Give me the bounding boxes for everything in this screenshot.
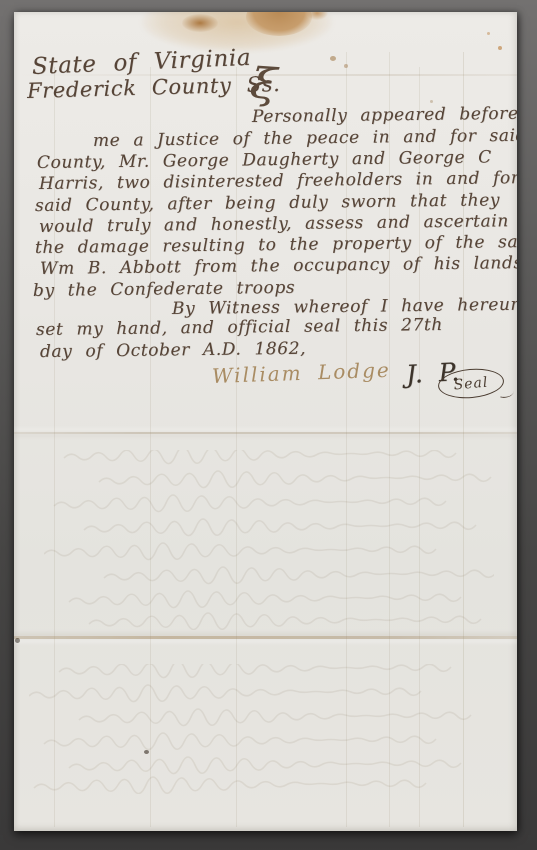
seal-text: Seal <box>453 374 489 393</box>
ink-speck <box>430 100 433 103</box>
ink-speck <box>330 56 336 61</box>
fold-crease-lower <box>14 636 517 639</box>
body-line: day of October A.D. 1862, <box>40 339 306 362</box>
stain-blob-core <box>182 14 218 32</box>
ss-brace-mark: ξ <box>248 58 279 109</box>
body-line: set my hand, and official seal this 27th <box>36 315 443 340</box>
fold-crease-middle <box>14 432 517 434</box>
ink-speck <box>487 32 490 35</box>
ghost-writing-upper <box>44 450 494 630</box>
document-paper-sheet: State of Virginia Frederick County Ss. ξ… <box>14 12 517 831</box>
signature-name: William Lodge <box>212 358 392 388</box>
photo-backdrop: { "document": { "header": { "state_line"… <box>0 0 537 850</box>
ghost-writing-lower <box>29 664 499 794</box>
ink-speck <box>498 46 502 50</box>
body-line: Personally appeared before <box>252 104 517 127</box>
